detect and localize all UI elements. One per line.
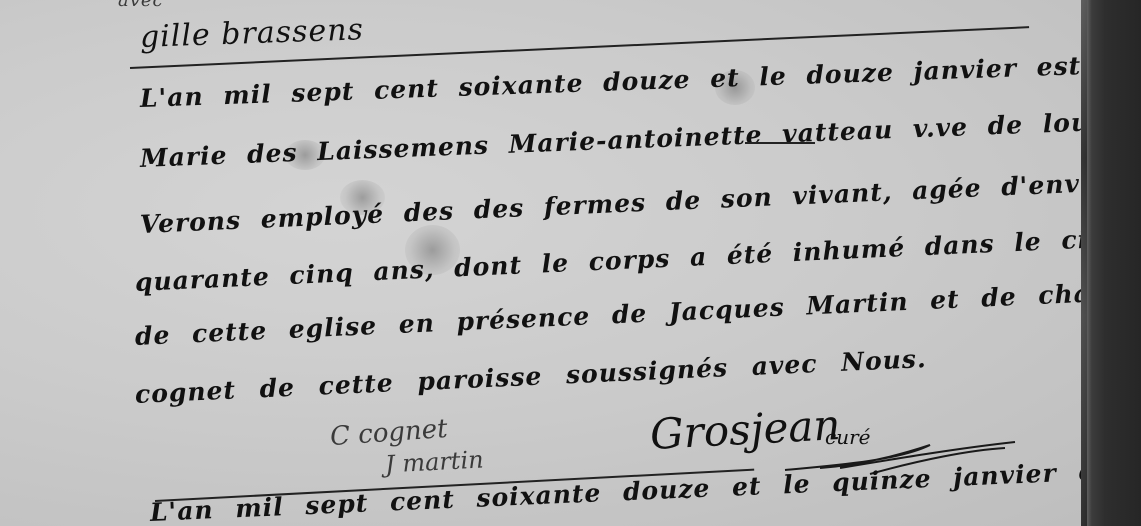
entry-line-2: Marie des Laissemens Marie-antoinette va…: [139, 107, 1116, 173]
previous-entry-signature: gille brassens: [139, 12, 364, 55]
previous-entry-fragment: avec: [118, 0, 164, 11]
next-entry-line: L'an mil sept cent soixante douze et le …: [149, 450, 1141, 526]
signature-witness-cognet: C cognet: [329, 414, 448, 452]
entry-line-1: L'an mil sept cent soixante douze et le …: [139, 47, 1141, 113]
entry-line-3: Verons employé des des fermes de son viv…: [139, 166, 1141, 239]
signature-witness-martin: J martin: [384, 445, 484, 478]
binding-edge: [1081, 0, 1141, 526]
register-page-scan: avec gille brassens L'an mil sept cent s…: [0, 0, 1141, 526]
entry-line-6: cognet de cette paroisse soussignés avec…: [134, 344, 927, 409]
underline-name: [745, 142, 815, 144]
